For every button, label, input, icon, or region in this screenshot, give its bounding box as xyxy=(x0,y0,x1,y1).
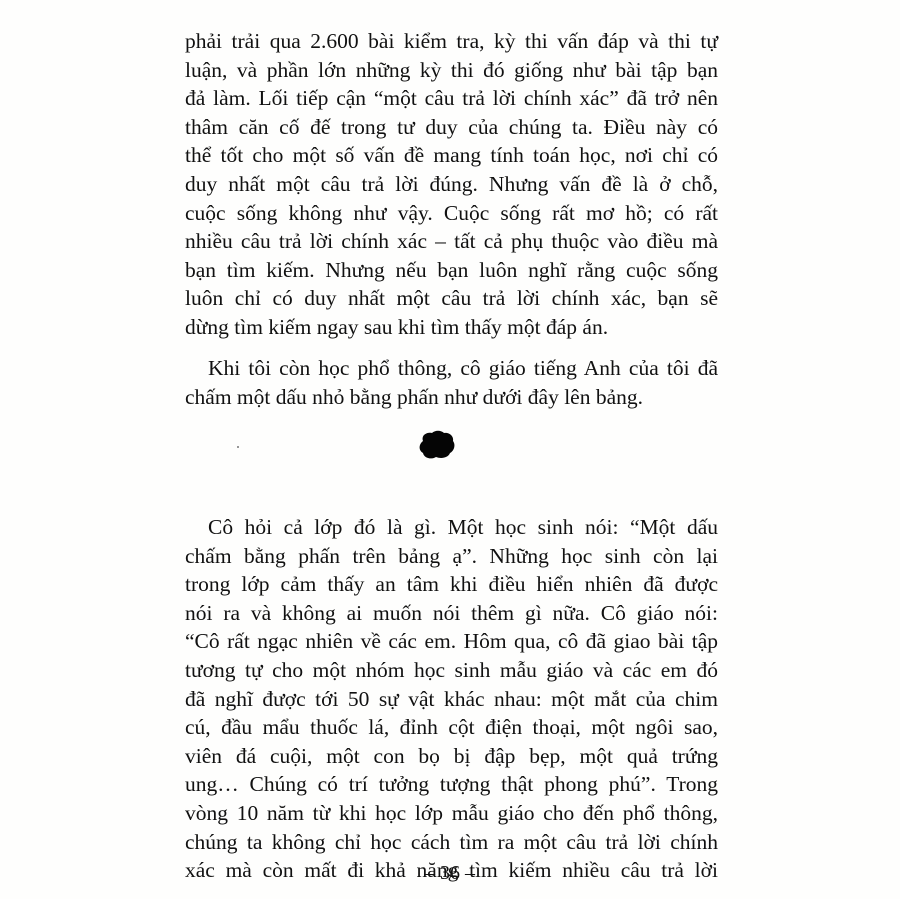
text-line: luôn chỉ có duy nhất một câu trả lời chí… xyxy=(185,284,718,313)
text-line: chúng ta không chỉ học cách tìm ra một c… xyxy=(185,828,718,857)
text-line: viên đá cuội, một con bọ bị đập bẹp, một… xyxy=(185,742,718,771)
text-line: Cô hỏi cả lớp đó là gì. Một học sinh nói… xyxy=(185,513,718,542)
chalk-dot-illustration xyxy=(417,429,457,461)
text-line: phải trải qua 2.600 bài kiểm tra, kỳ thi… xyxy=(185,27,718,56)
text-line: dừng tìm kiếm ngay sau khi tìm thấy một … xyxy=(185,313,718,342)
book-page-scan: { "page": { "paragraph1": { "lines": [ "… xyxy=(0,0,900,899)
text-line: bạn tìm kiếm. Nhưng nếu bạn luôn nghĩ rằ… xyxy=(185,256,718,285)
paragraph-2: Khi tôi còn học phổ thông, cô giáo tiếng… xyxy=(185,354,718,411)
text-line: Khi tôi còn học phổ thông, cô giáo tiếng… xyxy=(185,354,718,383)
text-line: chấm bằng phấn trên bảng ạ”. Những học s… xyxy=(185,542,718,571)
text-line: cuộc sống không như vậy. Cuộc sống rất m… xyxy=(185,199,718,228)
text-line: trong lớp cảm thấy an tâm khi điều hiển … xyxy=(185,570,718,599)
text-line: đả làm. Lối tiếp cận “một câu trả lời ch… xyxy=(185,84,718,113)
scan-speck xyxy=(237,446,239,448)
text-line: thâm căn cố đế trong tư duy của chúng ta… xyxy=(185,113,718,142)
text-line: luận, và phần lớn những kỳ thi đó giống … xyxy=(185,56,718,85)
text-line: cú, đầu mẩu thuốc lá, đỉnh cột điện thoạ… xyxy=(185,713,718,742)
text-line: nói ra và không ai muốn nói thêm gì nữa.… xyxy=(185,599,718,628)
text-line: duy nhất một câu trả lời đúng. Nhưng vấn… xyxy=(185,170,718,199)
text-line: đã nghĩ được tới 50 sự vật khác nhau: mộ… xyxy=(185,685,718,714)
text-line: chấm một dấu nhỏ bằng phấn như dưới đây … xyxy=(185,383,718,412)
paragraph-3: Cô hỏi cả lớp đó là gì. Một học sinh nói… xyxy=(185,513,718,885)
page-number: – 36 – xyxy=(0,862,900,885)
text-line: ung… Chúng có trí tưởng tượng thật phong… xyxy=(185,770,718,799)
text-line: tương tự cho một nhóm học sinh mẫu giáo … xyxy=(185,656,718,685)
text-line: thể tốt cho một số vấn đề mang tính toán… xyxy=(185,141,718,170)
text-line: nhiều câu trả lời chính xác – tất cả phụ… xyxy=(185,227,718,256)
text-line: vòng 10 năm từ khi học lớp mẫu giáo cho … xyxy=(185,799,718,828)
paragraph-1: phải trải qua 2.600 bài kiểm tra, kỳ thi… xyxy=(185,27,718,342)
text-line: “Cô rất ngạc nhiên về các em. Hôm qua, c… xyxy=(185,627,718,656)
